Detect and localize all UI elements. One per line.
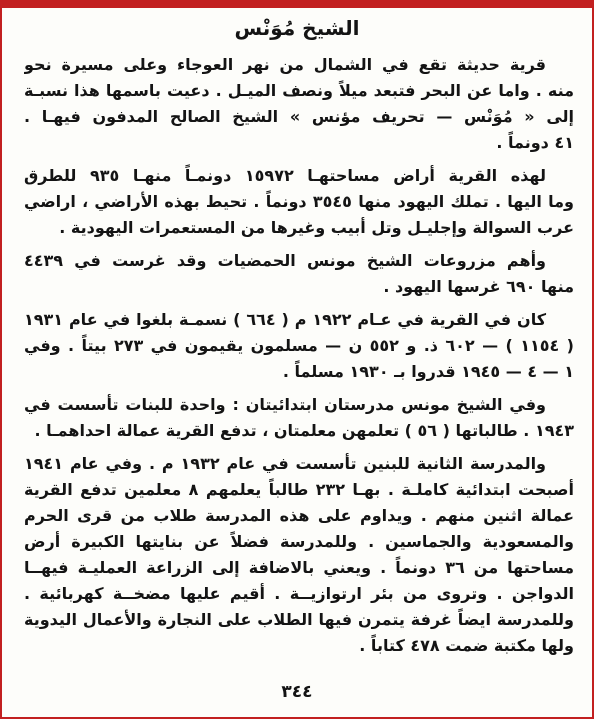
text-line: والمسعودية والجماسين . وللمدرسة فضلاً عن… [24, 529, 574, 555]
text-line: كان في القرية في عـام ١٩٢٢ م ( ٦٦٤ ) نسم… [24, 307, 574, 333]
text-line: وما اليها . تملك اليهود منها ٣٥٤٥ دونماً… [24, 189, 574, 215]
text-line: إلى « مُوَنْس — تحريف مؤنس » الشيخ الصال… [24, 104, 574, 130]
text-line: أصبحت ابتدائية كاملـة . بهـا ٢٣٢ طالباً … [24, 477, 574, 503]
text-line: والمدرسة الثانية للبنين تأسست في عام ١٩٣… [24, 451, 574, 477]
text-line: لهذه القرية أراض مساحتهـا ١٥٩٧٢ دونمـاً … [24, 163, 574, 189]
paragraph: كان في القرية في عـام ١٩٢٢ م ( ٦٦٤ ) نسم… [24, 307, 574, 385]
page-number: ٣٤٤ [0, 682, 594, 702]
text-line: ( ١١٥٤ ) — ٦٠٢ ذ. و ٥٥٢ ن — مسلمون يقيمو… [24, 333, 574, 359]
text-line: مساحتها من ٣٦ دونماً . ويعني بالاضافة إل… [24, 555, 574, 581]
text-line: منها ٦٩٠ غرسها اليهود . [24, 274, 574, 300]
text-line: ١٩٤٣ . طالباتها ( ٥٦ ) تعلمهن معلمتان ، … [24, 418, 574, 444]
text-line: ولها مكتبة ضمت ٤٧٨ كتاباً . [24, 633, 574, 659]
text-line: الدواجن . وتروى من بئر ارتوازيــة . أقيم… [24, 581, 574, 607]
text-line: وفي الشيخ مونس مدرستان ابتدائيتان : واحد… [24, 392, 574, 418]
text-body: قرية حديثة تقع في الشمال من نهر العوجاء … [24, 52, 574, 666]
top-border-bar [0, 0, 594, 8]
paragraph: والمدرسة الثانية للبنين تأسست في عام ١٩٣… [24, 451, 574, 659]
text-line: عمالة اثنين منهم . ويداوم على هذه المدرس… [24, 503, 574, 529]
paragraph: قرية حديثة تقع في الشمال من نهر العوجاء … [24, 52, 574, 156]
text-line: ٤١ دونماً . [24, 130, 574, 156]
text-line: وللمدرسة ايضاً غرفة يتمرن فيها الطلاب عل… [24, 607, 574, 633]
text-line: ١ — ٤ — ١٩٤٥ قدروا بـ ١٩٣٠ مسلماً . [24, 359, 574, 385]
paragraph: لهذه القرية أراض مساحتهـا ١٥٩٧٢ دونمـاً … [24, 163, 574, 241]
paragraph: وأهم مزروعات الشيخ مونس الحمضيات وقد غرس… [24, 248, 574, 300]
page-title: الشيخ مُوَنْس [0, 16, 594, 40]
text-line: وأهم مزروعات الشيخ مونس الحمضيات وقد غرس… [24, 248, 574, 274]
text-line: عرب السوالة وإجليـل وتل أبيب وغيرها من ا… [24, 215, 574, 241]
text-line: منه . واما عن البحر فتبعد ميلاً ونصف الم… [24, 78, 574, 104]
paragraph: وفي الشيخ مونس مدرستان ابتدائيتان : واحد… [24, 392, 574, 444]
text-line: قرية حديثة تقع في الشمال من نهر العوجاء … [24, 52, 574, 78]
